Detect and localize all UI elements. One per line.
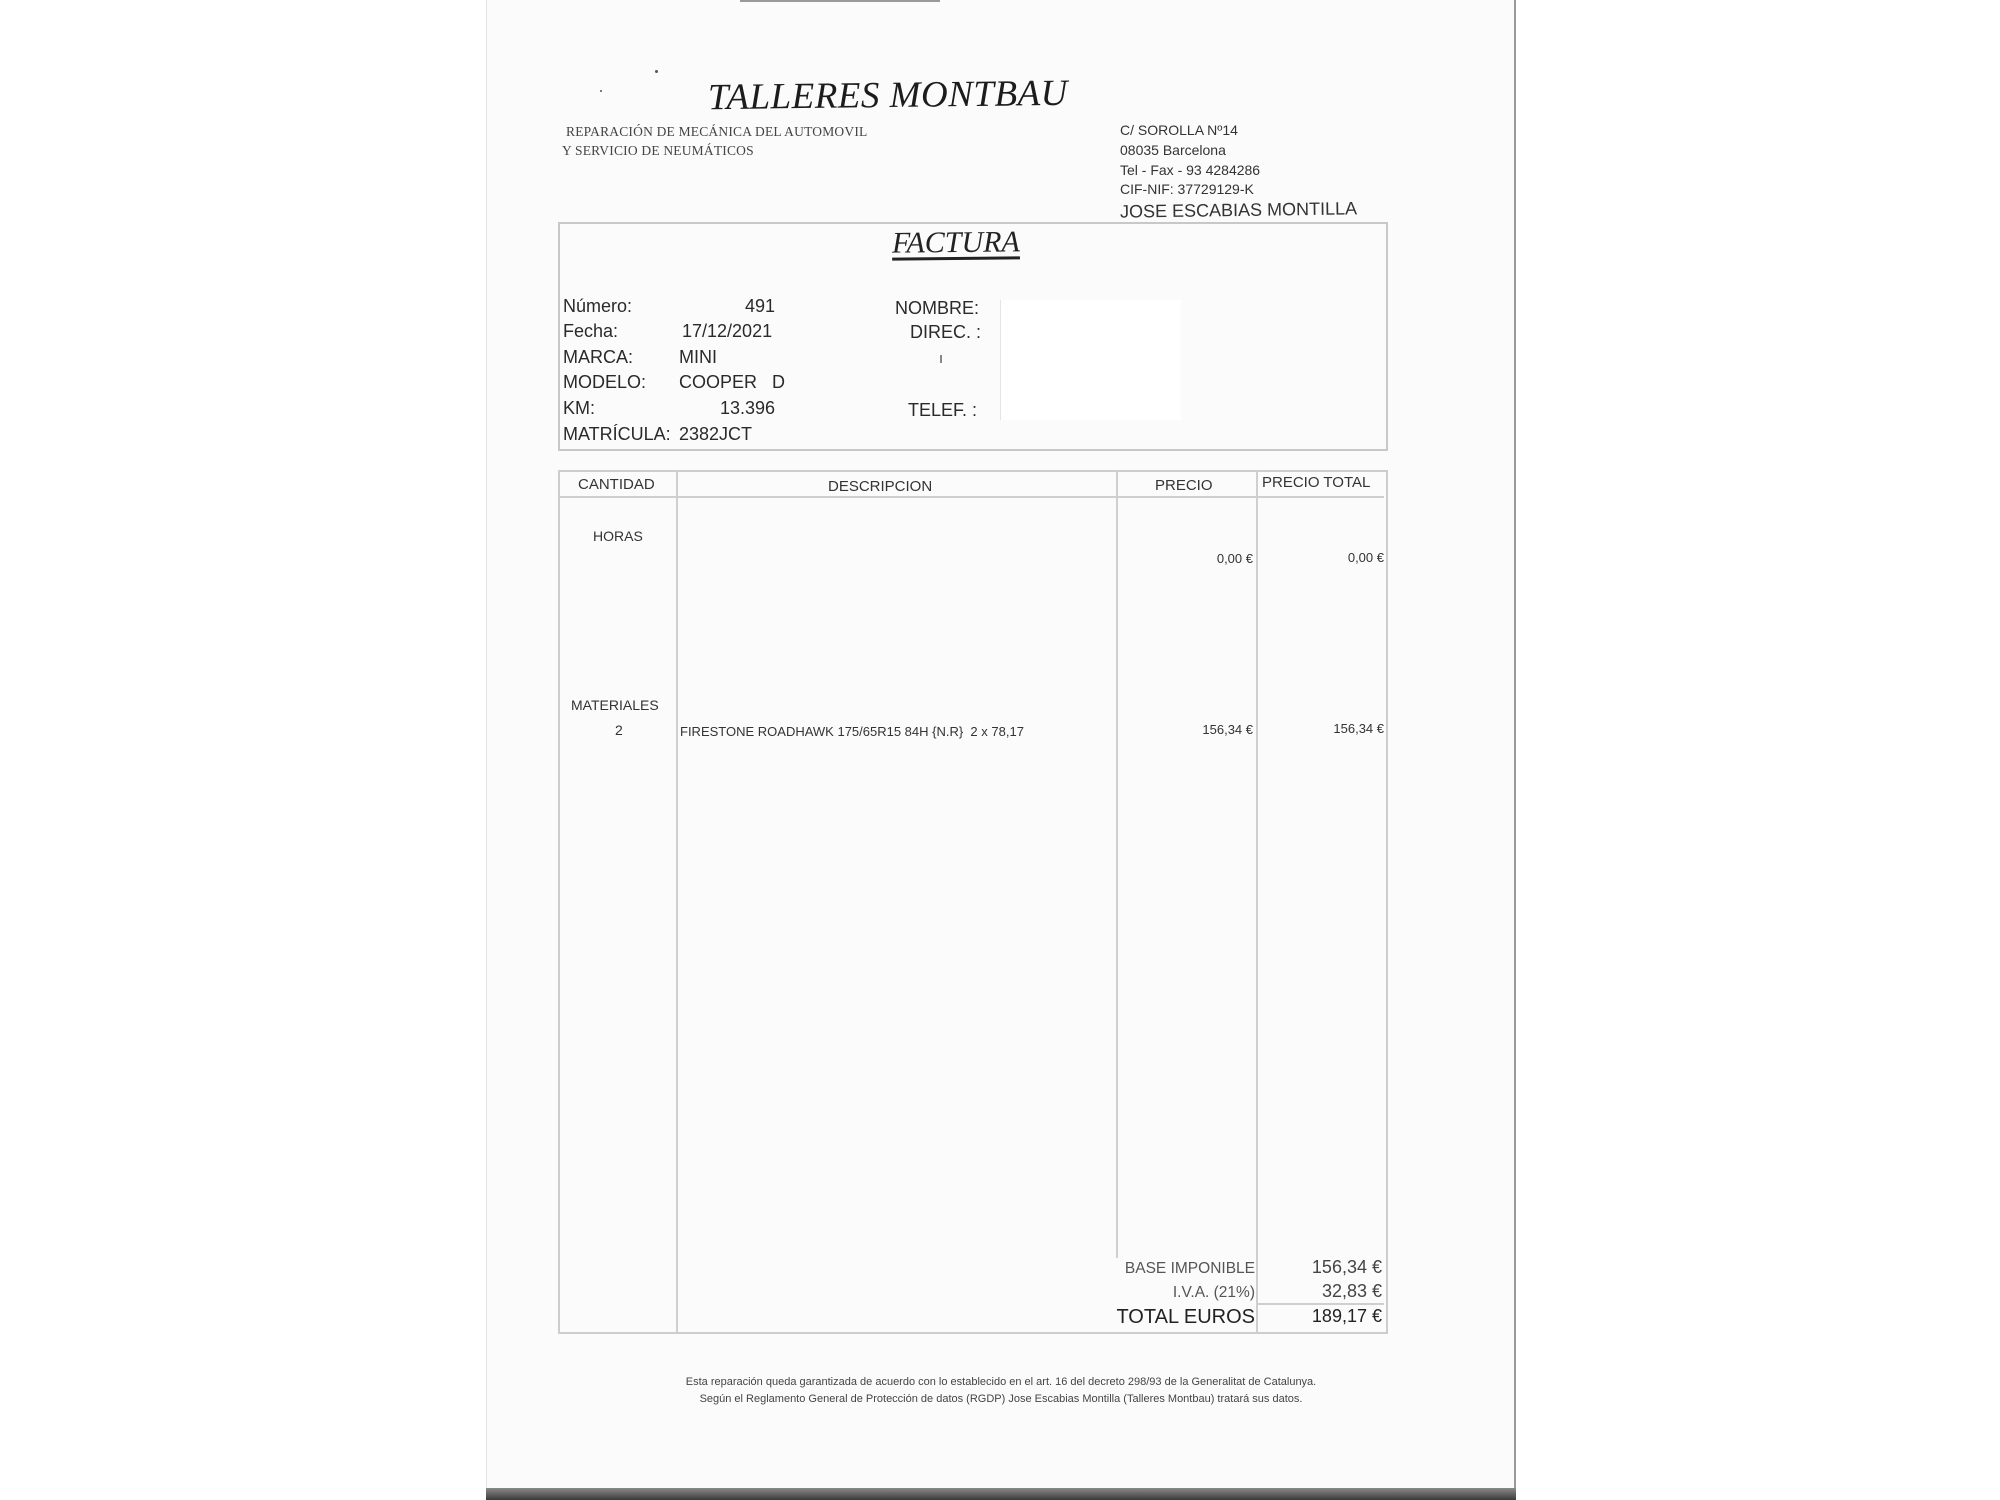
scan-speck bbox=[600, 90, 602, 92]
km-value: 13.396 bbox=[720, 398, 775, 419]
header-cantidad: CANTIDAD bbox=[578, 476, 655, 493]
col-divider-descripcion bbox=[1116, 470, 1118, 1258]
horas-precio-total: 0,00 € bbox=[1255, 550, 1384, 565]
matricula-label: MATRÍCULA: bbox=[563, 424, 671, 445]
col-divider-cantidad bbox=[676, 470, 678, 1332]
scan-mark bbox=[940, 355, 942, 363]
customer-address-label: DIREC. : bbox=[910, 322, 981, 343]
company-tagline-line-1: REPARACIÓN DE MECÁNICA DEL AUTOMOVIL bbox=[566, 124, 867, 140]
total-euros-label: TOTAL EUROS bbox=[1100, 1306, 1255, 1329]
company-tax-id: CIF-NIF: 37729129-K bbox=[1120, 181, 1254, 197]
iva-value: 32,83 € bbox=[1258, 1281, 1382, 1302]
iva-label: I.V.A. (21%) bbox=[1100, 1284, 1255, 1302]
page-bottom-shadow bbox=[486, 1488, 1516, 1500]
totals-divider bbox=[1258, 1303, 1384, 1305]
invoice-title: FACTURA bbox=[892, 225, 1020, 260]
materiales-descripcion: FIRESTONE ROADHAWK 175/65R15 84H {N.R} 2… bbox=[680, 724, 1024, 739]
header-precio-total: PRECIO TOTAL bbox=[1262, 474, 1370, 491]
company-address-street: C/ SOROLLA Nº14 bbox=[1120, 122, 1238, 138]
base-imponible-label: BASE IMPONIBLE bbox=[1100, 1260, 1255, 1278]
redacted-customer-info bbox=[1000, 300, 1181, 420]
company-owner: JOSE ESCABIAS MONTILLA bbox=[1120, 198, 1357, 222]
col-divider-precio bbox=[1256, 470, 1258, 1332]
customer-name-label: NOMBRE: bbox=[895, 298, 979, 319]
header-descripcion: DESCRIPCION bbox=[828, 478, 932, 495]
section-label-materiales: MATERIALES bbox=[571, 697, 659, 713]
page-top-edge bbox=[740, 0, 940, 2]
company-phone-fax: Tel - Fax - 93 4284286 bbox=[1120, 162, 1260, 178]
total-euros-value: 189,17 € bbox=[1258, 1306, 1382, 1327]
materiales-precio-total: 156,34 € bbox=[1255, 721, 1384, 736]
marca-label: MARCA: bbox=[563, 347, 633, 368]
matricula-value: 2382JCT bbox=[679, 424, 752, 445]
company-address-city: 08035 Barcelona bbox=[1120, 142, 1226, 158]
items-table bbox=[558, 470, 1388, 1334]
scan-speck bbox=[655, 70, 658, 73]
header-precio: PRECIO bbox=[1155, 477, 1213, 494]
footer-privacy-note: Según el Reglamento General de Protecció… bbox=[486, 1393, 1516, 1405]
materiales-cantidad: 2 bbox=[615, 722, 623, 738]
section-label-horas: HORAS bbox=[593, 528, 643, 544]
customer-phone-label: TELEF. : bbox=[908, 400, 977, 421]
marca-value: MINI bbox=[679, 347, 717, 368]
numero-value: 491 bbox=[745, 296, 775, 317]
table-header-divider bbox=[560, 496, 1384, 498]
base-imponible-value: 156,34 € bbox=[1258, 1257, 1382, 1278]
modelo-label: MODELO: bbox=[563, 372, 646, 393]
numero-label: Número: bbox=[563, 296, 632, 317]
footer-warranty-note: Esta reparación queda garantizada de acu… bbox=[486, 1376, 1516, 1388]
horas-precio: 0,00 € bbox=[1115, 551, 1253, 566]
company-name: TALLERES MONTBAU bbox=[708, 72, 1068, 119]
modelo-value: COOPER D bbox=[679, 372, 785, 393]
km-label: KM: bbox=[563, 398, 595, 419]
fecha-label: Fecha: bbox=[563, 321, 618, 342]
fecha-value: 17/12/2021 bbox=[682, 321, 772, 342]
company-tagline-line-2: Y SERVICIO DE NEUMÁTICOS bbox=[562, 143, 754, 159]
materiales-precio: 156,34 € bbox=[1115, 722, 1253, 737]
